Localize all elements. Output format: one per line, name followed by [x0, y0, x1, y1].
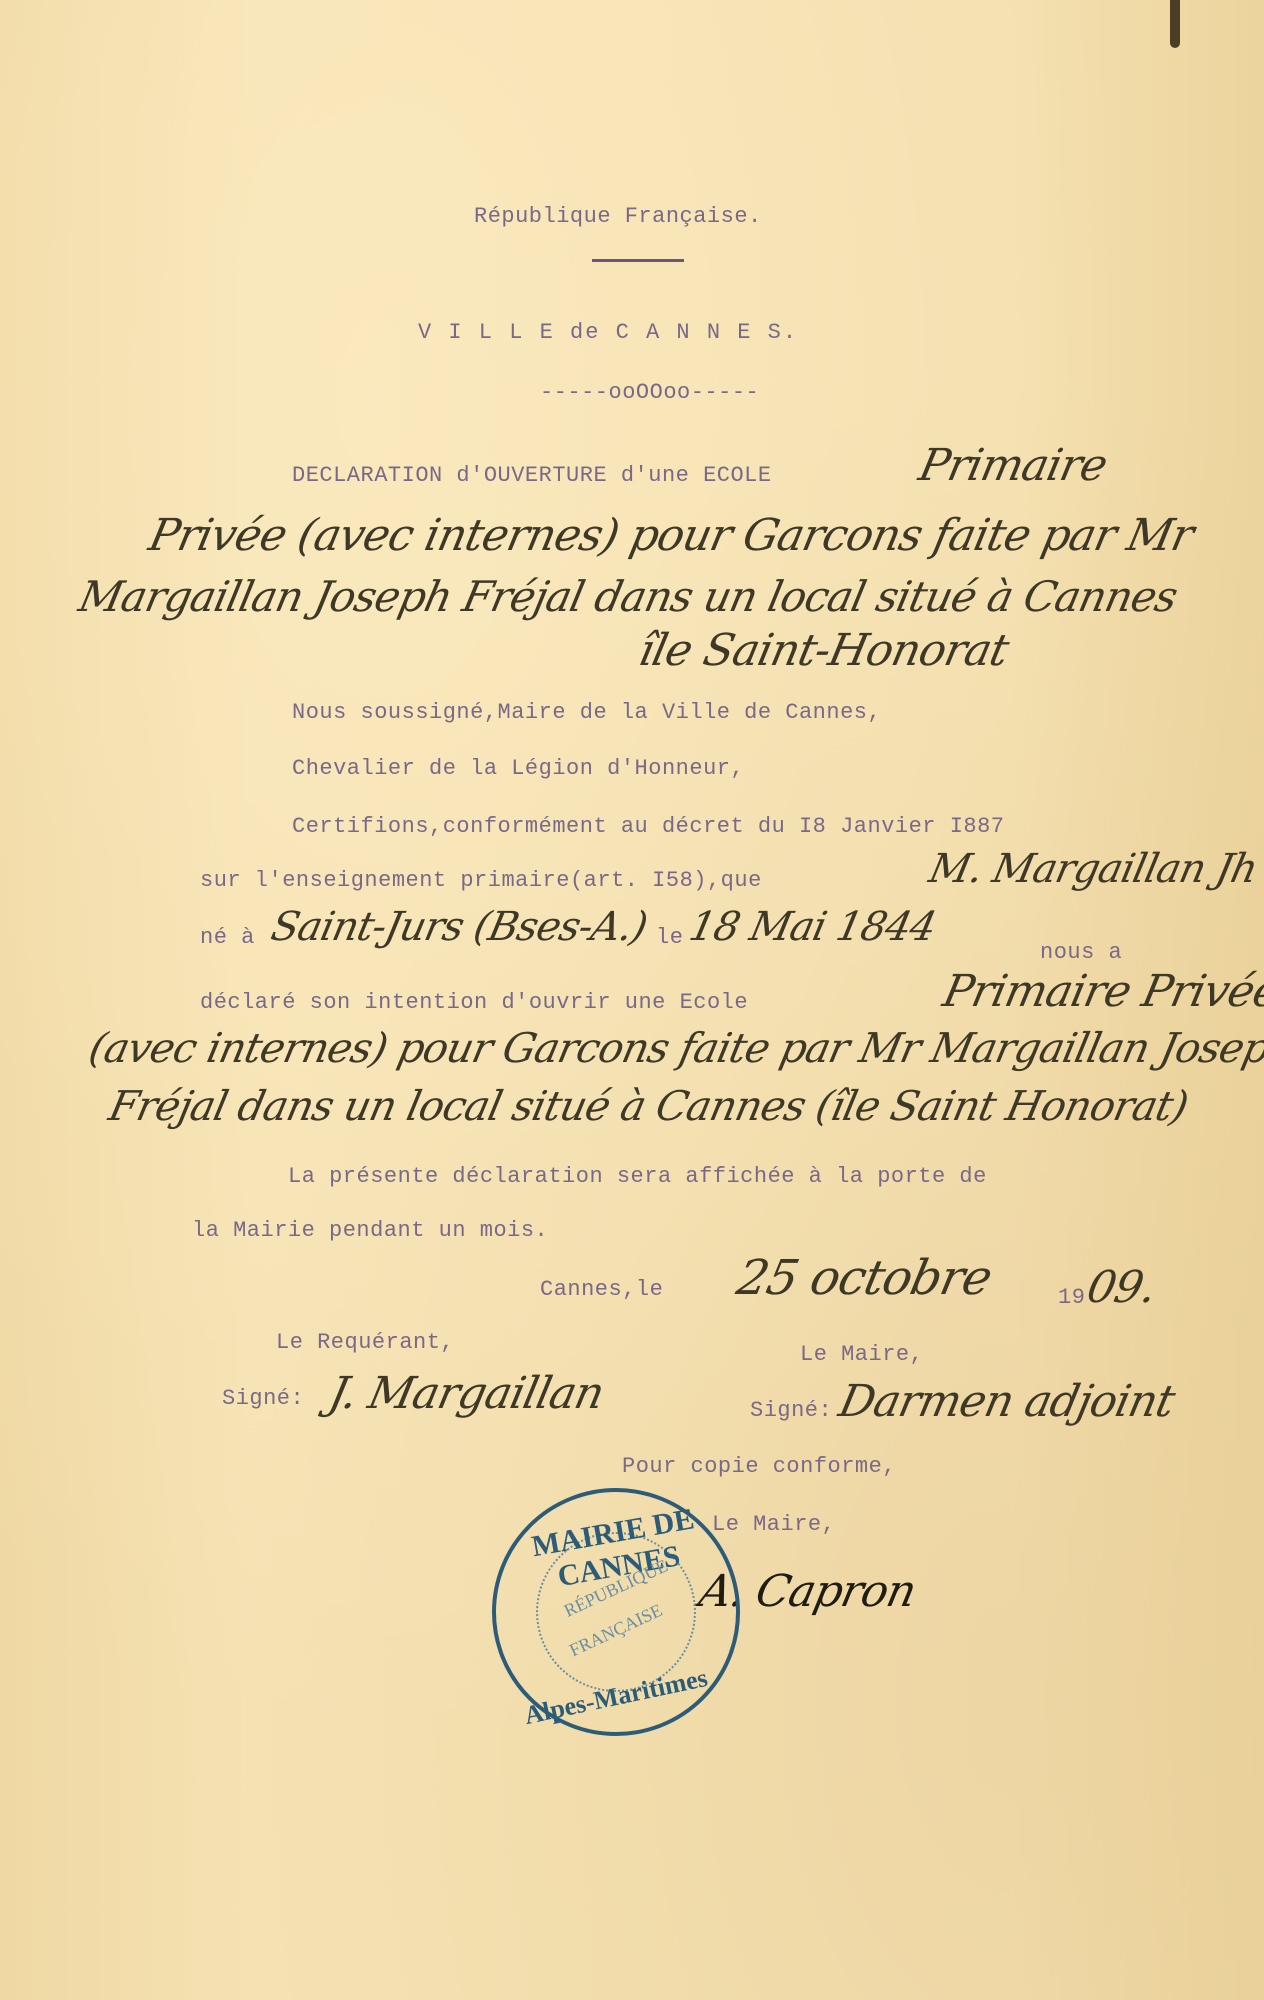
title-handwritten-4: île Saint-Honorat	[635, 625, 1013, 676]
year-typed: 19	[1058, 1285, 1085, 1310]
date-prefix: Cannes,le	[540, 1277, 663, 1302]
requerant-signature: J. Margaillan	[325, 1368, 609, 1419]
maire-signature: Darmen adjoint	[835, 1376, 1179, 1427]
title-handwritten-2: Privée (avec internes) pour Garcons fait…	[145, 510, 1198, 561]
body-line-9: La présente déclaration sera affichée à …	[288, 1164, 987, 1189]
body-line-4-typed: sur l'enseignement primaire(art. I58),qu…	[200, 868, 762, 893]
body-line-6-handwritten: Primaire Privée	[939, 966, 1264, 1017]
maire-label: Le Maire,	[800, 1342, 923, 1367]
birthplace-handwritten: Saint-Jurs (Bses-A.)	[267, 904, 651, 950]
body-line-4-handwritten: M. Margaillan Jh Fréjal	[925, 846, 1264, 892]
body-line-7-handwritten: (avec internes) pour Garcons faite par M…	[85, 1024, 1264, 1072]
header-divider	[592, 259, 684, 262]
body-line-10: la Mairie pendant un mois.	[192, 1218, 548, 1243]
declaration-title: DECLARATION d'OUVERTURE d'une ECOLE	[292, 463, 772, 488]
maire-signed-label: Signé:	[750, 1398, 832, 1423]
title-handwritten-3: Margaillan Joseph Fréjal dans un local s…	[75, 572, 1182, 621]
city-heading: V I L L E de C A N N E S.	[418, 320, 798, 345]
body-line-3: Certifions,conformément au décret du I8 …	[292, 814, 1005, 839]
header-ornament: -----ooOOoo-----	[540, 380, 759, 405]
body-line-5-typed-a: né à	[200, 925, 255, 950]
body-line-2: Chevalier de la Légion d'Honneur,	[292, 756, 744, 781]
title-handwritten-1: Primaire	[915, 440, 1112, 491]
year-handwritten: 09.	[1083, 1262, 1161, 1313]
requerant-label: Le Requérant,	[276, 1330, 454, 1355]
body-line-5-typed-b: le	[656, 925, 683, 950]
official-seal-stamp: MAIRIE DE CANNES RÉPUBLIQUE FRANÇAISE Al…	[492, 1488, 740, 1736]
paper-tear-mark	[1170, 0, 1180, 48]
body-line-6-typed: déclaré son intention d'ouvrir une Ecole	[200, 990, 748, 1015]
date-handwritten: 25 octobre	[732, 1250, 996, 1306]
birthdate-handwritten: 18 Mai 1844	[685, 904, 940, 950]
requerant-signed-label: Signé:	[222, 1386, 304, 1411]
copy-conforme-label: Pour copie conforme,	[622, 1454, 896, 1479]
body-line-8-handwritten: Fréjal dans un local situé à Cannes (île…	[105, 1082, 1192, 1130]
republic-heading: République Française.	[474, 204, 762, 229]
body-line-1: Nous soussigné,Maire de la Ville de Cann…	[292, 700, 881, 725]
body-line-5-typed-c: nous a	[1040, 940, 1122, 965]
